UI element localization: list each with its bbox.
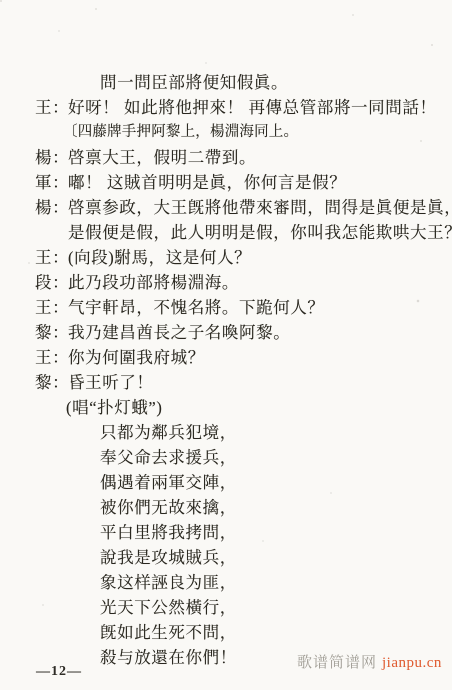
lyric-line: 旣如此生死不問， (0, 620, 452, 645)
line-text: 被你們无故來擒， (100, 498, 237, 517)
speaker-label: 黎： (35, 320, 68, 345)
line-text: 我乃建昌酋長之子名喚阿黎。 (68, 323, 290, 342)
speaker-label: 王： (35, 295, 68, 320)
dialogue-line: 王：你为何圍我府城？ (0, 345, 452, 370)
line-text: 偶遇着兩軍交陣， (100, 473, 237, 492)
lyric-line: 光天下公然橫行， (0, 595, 452, 620)
line-text: 啓禀参政，大王旣將他帶來審問，問得是眞便是眞， 問得 (68, 198, 452, 217)
sing-cue: (唱“扑灯蛾”) (0, 395, 452, 420)
line-text: 旣如此生死不問， (100, 623, 237, 642)
speaker-label: 王： (35, 95, 68, 120)
line-text: 好呀！ 如此將他押來！ 再傳总管部將一同問話！ (68, 98, 437, 117)
lyric-line: 平白里將我拷問， (0, 520, 452, 545)
page-content: 問一問臣部將便知假眞。 王：好呀！ 如此將他押來！ 再傳总管部將一同問話！ 〔四… (0, 70, 452, 670)
lyric-line: 只都为鄰兵犯境， (0, 420, 452, 445)
line-text: 是假便是假，此人明明是假，你叫我怎能欺哄大王？ (68, 223, 452, 242)
watermark-site-name: 歌谱简谱网 (297, 655, 377, 671)
line-text: 平白里將我拷問， (100, 523, 237, 542)
line-text: 此乃段功部將楊淵海。 (68, 273, 239, 292)
script-page: 問一問臣部將便知假眞。 王：好呀！ 如此將他押來！ 再傳总管部將一同問話！ 〔四… (0, 0, 452, 690)
page-number: —12— (36, 664, 82, 680)
line-text: 奉父命去求援兵， (100, 448, 237, 467)
speaker-label: 王： (35, 345, 68, 370)
line-text: 〔四藤牌手押阿黎上，楊淵海同上。 (63, 124, 298, 140)
line-text: 啓禀大王，假明二帶到。 (68, 148, 256, 167)
stage-direction: 〔四藤牌手押阿黎上，楊淵海同上。 (0, 120, 452, 145)
watermark: 歌谱简谱网jianpu.cn (297, 651, 442, 672)
lyric-line: 奉父命去求援兵， (0, 445, 452, 470)
speaker-label: 黎： (35, 370, 68, 395)
dialogue-line: 黎：昏王听了！ (0, 370, 452, 395)
line-text: 嘟！ 这賊首明明是眞，你何言是假？ (68, 173, 346, 192)
dialogue-line: 段：此乃段功部將楊淵海。 (0, 270, 452, 295)
scan-noise (0, 0, 2, 2)
dialogue-line: 王：气宇軒昂，不愧名將。下跪何人？ (0, 295, 452, 320)
lyric-line: 說我是攻城賊兵， (0, 545, 452, 570)
line-text: 气宇軒昂，不愧名將。下跪何人？ (68, 298, 325, 317)
lyric-continuation-line: 問一問臣部將便知假眞。 (0, 70, 452, 95)
speaker-label: 楊： (35, 145, 68, 170)
dialogue-line: 王：好呀！ 如此將他押來！ 再傳总管部將一同問話！ (0, 95, 452, 120)
dialogue-line: 楊：啓禀参政，大王旣將他帶來審問，問得是眞便是眞， 問得 (0, 195, 452, 220)
line-text: 光天下公然橫行， (100, 598, 237, 617)
speaker-label: 軍： (35, 170, 68, 195)
dialogue-line: 軍：嘟！ 这賊首明明是眞，你何言是假？ (0, 170, 452, 195)
line-text: 問一問臣部將便知假眞。 (100, 73, 288, 92)
line-text: (向段)駙馬，这是何人？ (68, 248, 251, 267)
line-text: (唱“扑灯蛾”) (66, 398, 162, 417)
watermark-domain: jianpu.cn (382, 655, 442, 671)
line-text: 殺与放還在你們！ (100, 648, 237, 667)
dialogue-line: 楊：啓禀大王，假明二帶到。 (0, 145, 452, 170)
line-text: 說我是攻城賊兵， (100, 548, 237, 567)
line-text: 你为何圍我府城？ (68, 348, 205, 367)
lyric-line: 被你們无故來擒， (0, 495, 452, 520)
line-text: 昏王听了！ (68, 373, 154, 392)
speaker-label: 王： (35, 245, 68, 270)
speaker-label: 楊： (35, 195, 68, 220)
dialogue-line: 黎：我乃建昌酋長之子名喚阿黎。 (0, 320, 452, 345)
lyric-line: 偶遇着兩軍交陣， (0, 470, 452, 495)
lyric-line: 象这样誣良为匪， (0, 570, 452, 595)
line-text: 象这样誣良为匪， (100, 573, 237, 592)
dialogue-line: 王：(向段)駙馬，这是何人？ (0, 245, 452, 270)
dialogue-continuation-line: 是假便是假，此人明明是假，你叫我怎能欺哄大王？ (0, 220, 452, 245)
line-text: 只都为鄰兵犯境， (100, 423, 237, 442)
speaker-label: 段： (35, 270, 68, 295)
